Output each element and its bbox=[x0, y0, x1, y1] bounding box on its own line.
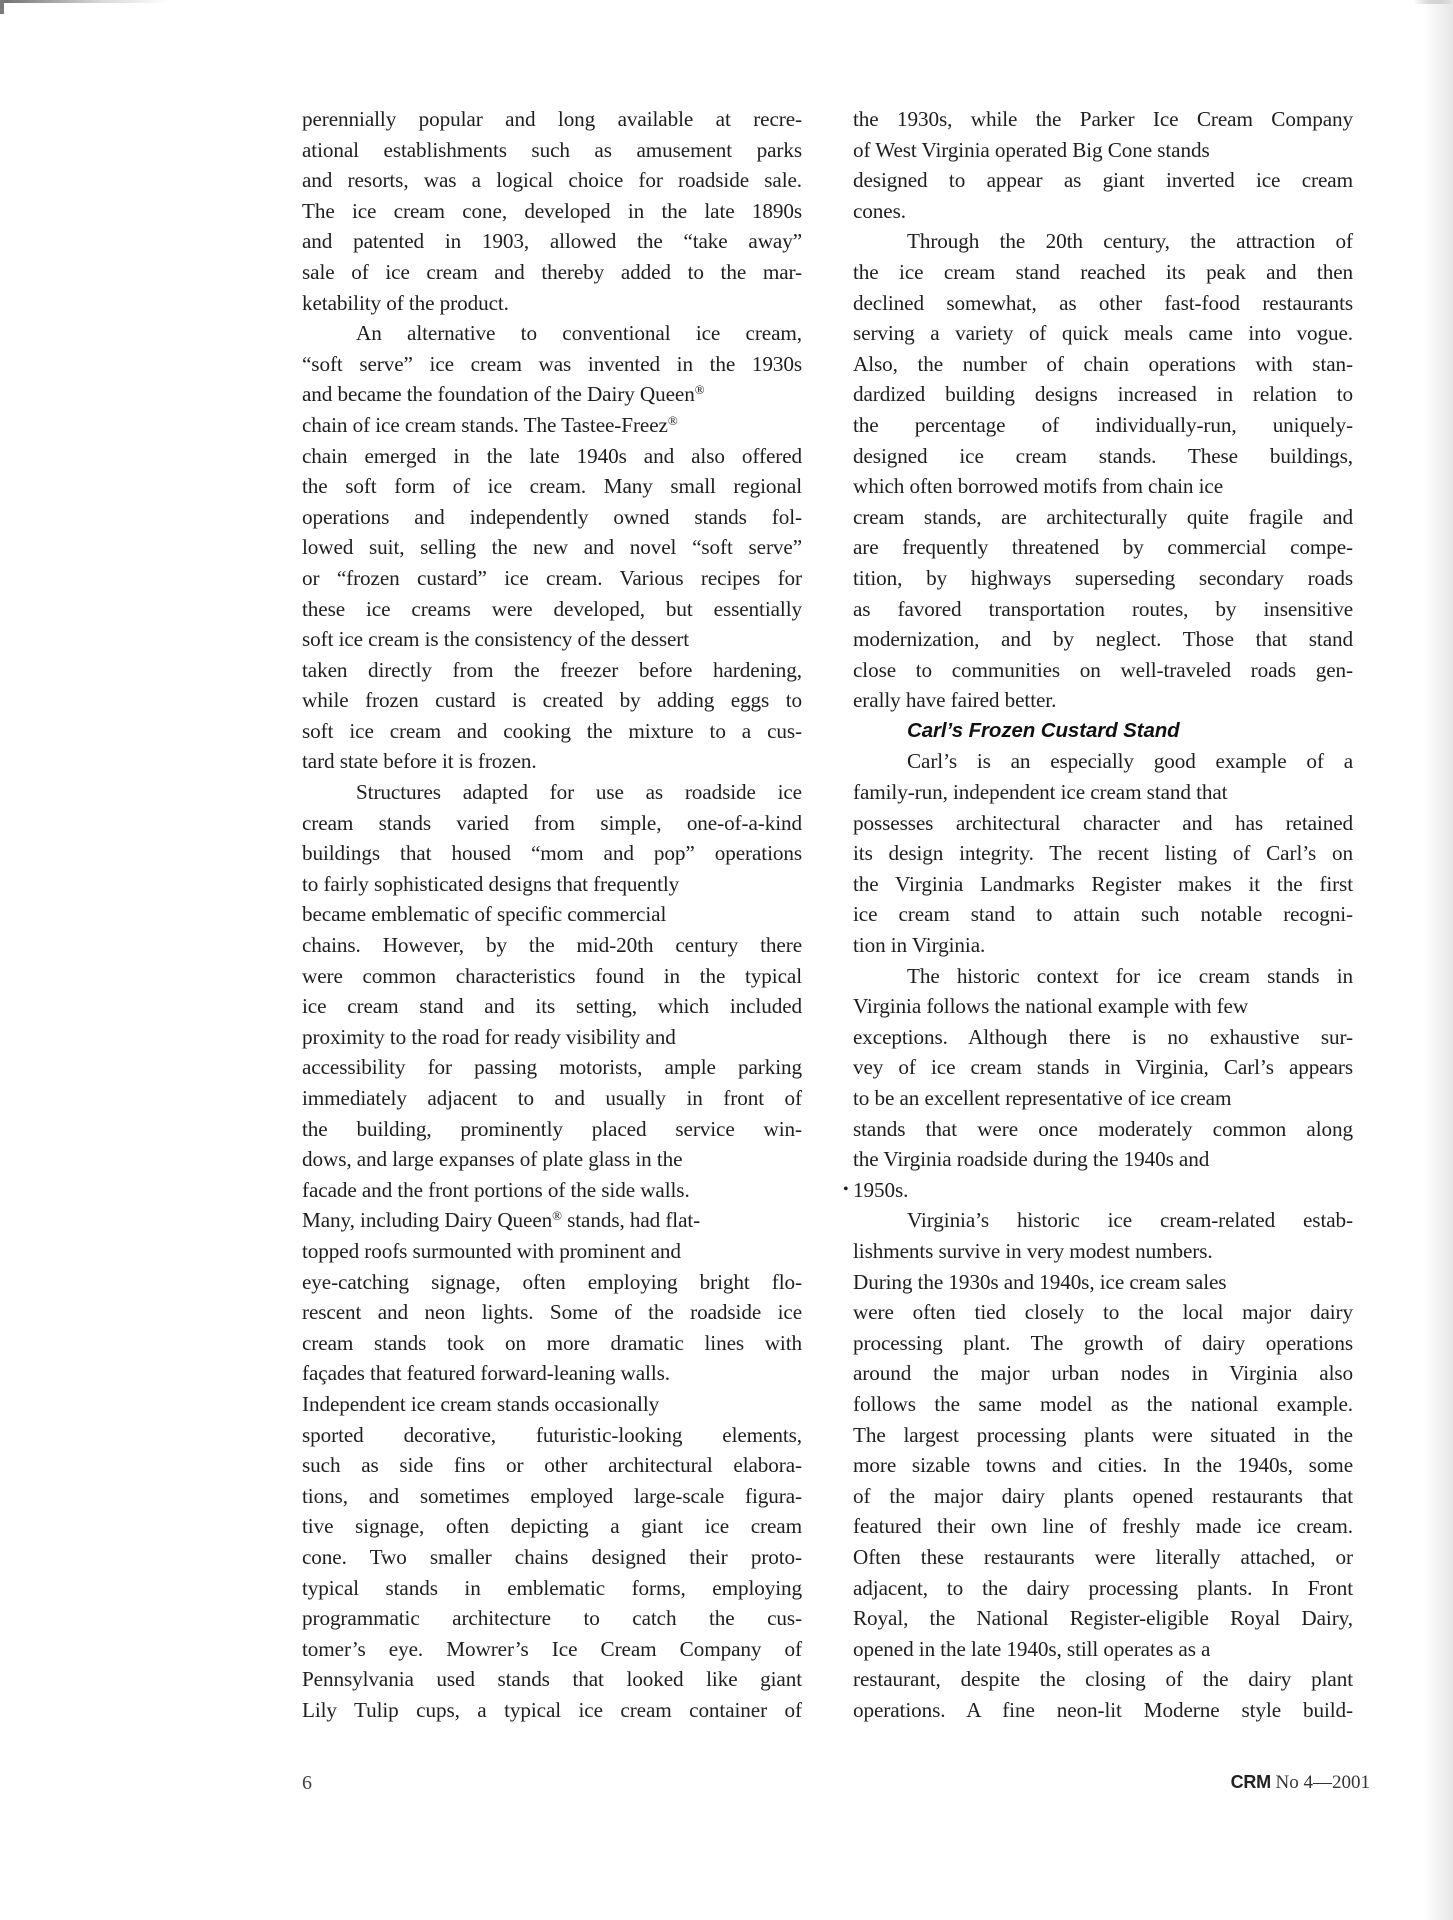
text-line: to be an excellent representative of ice… bbox=[853, 1083, 1393, 1114]
line-text: which often borrowed motifs from chain i… bbox=[853, 474, 1223, 498]
text-line: while frozen custard is created by addin… bbox=[302, 685, 802, 716]
line-text: opened in the late 1940s, still operates… bbox=[853, 1637, 1210, 1661]
text-line: topped roofs surmounted with prominent a… bbox=[302, 1236, 842, 1267]
line-text: possesses architectural character and ha… bbox=[853, 811, 1353, 835]
text-line: processing plant. The growth of dairy op… bbox=[853, 1328, 1353, 1359]
text-line: are frequently threatened by commercial … bbox=[853, 532, 1353, 563]
text-line: cream stands took on more dramatic lines… bbox=[302, 1328, 802, 1359]
text-line: buildings that housed “mom and pop” oper… bbox=[302, 838, 802, 869]
line-text: ketability of the product. bbox=[302, 291, 509, 315]
document-page: perennially popular and long available a… bbox=[0, 0, 1453, 1920]
line-text: proximity to the road for ready visibili… bbox=[302, 1025, 676, 1049]
scan-edge-right-shadow bbox=[1423, 0, 1453, 1920]
line-text: An alternative to conventional ice cream… bbox=[356, 321, 802, 345]
text-line: family-run, independent ice cream stand … bbox=[853, 777, 1393, 808]
text-line: became emblematic of specific commercial bbox=[302, 899, 842, 930]
line-text: Virginia follows the national example wi… bbox=[853, 994, 1248, 1018]
text-line: operations. A fine neon-lit Moderne styl… bbox=[853, 1695, 1353, 1726]
line-text: its design integrity. The recent listing… bbox=[853, 841, 1353, 865]
text-line: follows the same model as the national e… bbox=[853, 1389, 1353, 1420]
registered-trademark-mark: ® bbox=[668, 413, 678, 428]
text-line: soft ice cream and cooking the mixture t… bbox=[302, 716, 802, 747]
text-line: designed ice cream stands. These buildin… bbox=[853, 441, 1353, 472]
line-text: “soft serve” ice cream was invented in t… bbox=[302, 352, 802, 376]
text-line: tomer’s eye. Mowrer’s Ice Cream Company … bbox=[302, 1634, 802, 1665]
line-text: typical stands in emblematic forms, empl… bbox=[302, 1576, 802, 1600]
line-text: operations. A fine neon-lit Moderne styl… bbox=[853, 1698, 1353, 1722]
text-line: Carl’s is an especially good example of … bbox=[853, 746, 1353, 777]
text-line: accessibility for passing motorists, amp… bbox=[302, 1052, 802, 1083]
text-line: During the 1930s and 1940s, ice cream sa… bbox=[853, 1267, 1393, 1298]
line-text: were common characteristics found in the… bbox=[302, 964, 802, 988]
line-text: close to communities on well-traveled ro… bbox=[853, 658, 1353, 682]
text-line: •1950s. bbox=[853, 1175, 1393, 1206]
text-line: the Virginia roadside during the 1940s a… bbox=[853, 1144, 1393, 1175]
line-text: restaurant, despite the closing of the d… bbox=[853, 1667, 1353, 1691]
line-text: programmatic architecture to catch the c… bbox=[302, 1606, 802, 1630]
line-text: the Virginia roadside during the 1940s a… bbox=[853, 1147, 1209, 1171]
line-text: perennially popular and long available a… bbox=[302, 107, 802, 131]
line-text: Structures adapted for use as roadside i… bbox=[356, 780, 802, 804]
line-text: such as side fins or other architectural… bbox=[302, 1453, 802, 1477]
line-text: stands that were once moderately common … bbox=[853, 1117, 1353, 1141]
line-text: cones. bbox=[853, 199, 906, 223]
text-line: Virginia follows the national example wi… bbox=[853, 991, 1393, 1022]
line-text: The historic context for ice cream stand… bbox=[907, 964, 1353, 988]
line-text: more sizable towns and cities. In the 19… bbox=[853, 1453, 1353, 1477]
line-text: chain emerged in the late 1940s and also… bbox=[302, 444, 802, 468]
line-text: these ice creams were developed, but ess… bbox=[302, 597, 802, 621]
text-line: dows, and large expanses of plate glass … bbox=[302, 1144, 842, 1175]
line-text: the ice cream stand reached its peak and… bbox=[853, 260, 1353, 284]
text-line: sale of ice cream and thereby added to t… bbox=[302, 257, 802, 288]
text-line: serving a variety of quick meals came in… bbox=[853, 318, 1353, 349]
text-line: sported decorative, futuristic-looking e… bbox=[302, 1420, 802, 1451]
line-text: eye-catching signage, often employing br… bbox=[302, 1270, 802, 1294]
line-text: tomer’s eye. Mowrer’s Ice Cream Company … bbox=[302, 1637, 802, 1661]
line-text: topped roofs surmounted with prominent a… bbox=[302, 1239, 681, 1263]
line-text: processing plant. The growth of dairy op… bbox=[853, 1331, 1353, 1355]
text-line: restaurant, despite the closing of the d… bbox=[853, 1664, 1353, 1695]
registered-trademark-mark: ® bbox=[695, 382, 705, 397]
text-line: typical stands in emblematic forms, empl… bbox=[302, 1573, 802, 1604]
line-text: The ice cream cone, developed in the lat… bbox=[302, 199, 802, 223]
line-text: and became the foundation of the Dairy Q… bbox=[302, 382, 695, 406]
text-line: eye-catching signage, often employing br… bbox=[302, 1267, 802, 1298]
publication-footer: CRM No 4—2001 bbox=[1231, 1772, 1370, 1794]
line-text: Independent ice cream stands occasionall… bbox=[302, 1392, 659, 1416]
right-text-column: the 1930s, while the Parker Ice Cream Co… bbox=[853, 104, 1393, 1725]
line-text: declined somewhat, as other fast-food re… bbox=[853, 291, 1353, 315]
line-text: lowed suit, selling the new and novel “s… bbox=[302, 535, 802, 559]
line-text: rescent and neon lights. Some of the roa… bbox=[302, 1300, 802, 1324]
registered-trademark-mark: ® bbox=[552, 1208, 562, 1223]
line-text: vey of ice cream stands in Virginia, Car… bbox=[853, 1055, 1353, 1079]
text-line: ice cream stand to attain such notable r… bbox=[853, 899, 1353, 930]
text-line: programmatic architecture to catch the c… bbox=[302, 1603, 802, 1634]
line-text: the soft form of ice cream. Many small r… bbox=[302, 474, 802, 498]
text-line: adjacent, to the dairy processing plants… bbox=[853, 1573, 1353, 1604]
text-line: The largest processing plants were situa… bbox=[853, 1420, 1353, 1451]
line-text: became emblematic of specific commercial bbox=[302, 902, 666, 926]
text-line: modernization, and by neglect. Those tha… bbox=[853, 624, 1353, 655]
line-text: exceptions. Although there is no exhaust… bbox=[853, 1025, 1353, 1049]
line-text: cone. Two smaller chains designed their … bbox=[302, 1545, 802, 1569]
text-line: tions, and sometimes employed large-scal… bbox=[302, 1481, 802, 1512]
line-text: soft ice cream and cooking the mixture t… bbox=[302, 719, 802, 743]
text-line: Also, the number of chain operations wit… bbox=[853, 349, 1353, 380]
line-text: accessibility for passing motorists, amp… bbox=[302, 1055, 802, 1079]
text-line: and patented in 1903, allowed the “take … bbox=[302, 226, 802, 257]
text-line: vey of ice cream stands in Virginia, Car… bbox=[853, 1052, 1353, 1083]
scan-edge-left bbox=[0, 0, 4, 14]
line-text: cream stands took on more dramatic lines… bbox=[302, 1331, 802, 1355]
text-line: stands that were once moderately common … bbox=[853, 1114, 1353, 1145]
line-text: sported decorative, futuristic-looking e… bbox=[302, 1423, 802, 1447]
line-text: to be an excellent representative of ice… bbox=[853, 1086, 1231, 1110]
line-text: as favored transportation routes, by ins… bbox=[853, 597, 1353, 621]
line-text: the Virginia Landmarks Register makes it… bbox=[853, 872, 1353, 896]
line-text: featured their own line of freshly made … bbox=[853, 1514, 1353, 1538]
text-line: or “frozen custard” ice cream. Various r… bbox=[302, 563, 802, 594]
line-text: chains. However, by the mid-20th century… bbox=[302, 933, 802, 957]
line-text: or “frozen custard” ice cream. Various r… bbox=[302, 566, 802, 590]
issue-label: No 4—2001 bbox=[1276, 1772, 1370, 1793]
line-text: lishments survive in very modest numbers… bbox=[853, 1239, 1213, 1263]
text-line: Lily Tulip cups, a typical ice cream con… bbox=[302, 1695, 802, 1726]
text-line: ational establishments such as amusement… bbox=[302, 135, 802, 166]
line-text: were often tied closely to the local maj… bbox=[853, 1300, 1353, 1324]
text-line: Structures adapted for use as roadside i… bbox=[302, 777, 802, 808]
line-text: and resorts, was a logical choice for ro… bbox=[302, 168, 802, 192]
text-line: tive signage, often depicting a giant ic… bbox=[302, 1511, 802, 1542]
text-line: chain of ice cream stands. The Tastee-Fr… bbox=[302, 410, 842, 441]
line-text: Royal, the National Register-eligible Ro… bbox=[853, 1606, 1353, 1630]
text-line: An alternative to conventional ice cream… bbox=[302, 318, 802, 349]
text-line: as favored transportation routes, by ins… bbox=[853, 594, 1353, 625]
scan-edge-top bbox=[0, 0, 170, 3]
line-text: During the 1930s and 1940s, ice cream sa… bbox=[853, 1270, 1226, 1294]
text-line: cone. Two smaller chains designed their … bbox=[302, 1542, 802, 1573]
text-line: the building, prominently placed service… bbox=[302, 1114, 802, 1145]
line-text: Virginia’s historic ice cream-related es… bbox=[907, 1208, 1353, 1232]
text-line: featured their own line of freshly made … bbox=[853, 1511, 1353, 1542]
text-line: proximity to the road for ready visibili… bbox=[302, 1022, 842, 1053]
text-line: these ice creams were developed, but ess… bbox=[302, 594, 802, 625]
line-text: the percentage of individually-run, uniq… bbox=[853, 413, 1353, 437]
line-text: soft ice cream is the consistency of the… bbox=[302, 627, 689, 651]
line-text: Often these restaurants were literally a… bbox=[853, 1545, 1353, 1569]
text-line: soft ice cream is the consistency of the… bbox=[302, 624, 842, 655]
text-line: dardized building designs increased in r… bbox=[853, 379, 1353, 410]
text-line: ice cream stand and its setting, which i… bbox=[302, 991, 802, 1022]
line-text: designed ice cream stands. These buildin… bbox=[853, 444, 1353, 468]
line-text: serving a variety of quick meals came in… bbox=[853, 321, 1353, 345]
line-text: operations and independently owned stand… bbox=[302, 505, 802, 529]
publication-name: CRM bbox=[1231, 1772, 1271, 1792]
text-line: taken directly from the freezer before h… bbox=[302, 655, 802, 686]
text-line: and resorts, was a logical choice for ro… bbox=[302, 165, 802, 196]
line-text: facade and the front portions of the sid… bbox=[302, 1178, 690, 1202]
line-text: Lily Tulip cups, a typical ice cream con… bbox=[302, 1698, 802, 1722]
line-text: immediately adjacent to and usually in f… bbox=[302, 1086, 802, 1110]
line-text: buildings that housed “mom and pop” oper… bbox=[302, 841, 802, 865]
text-line: the soft form of ice cream. Many small r… bbox=[302, 471, 802, 502]
section-subheading: Carl’s Frozen Custard Stand bbox=[853, 716, 1393, 747]
text-line: opened in the late 1940s, still operates… bbox=[853, 1634, 1393, 1665]
text-line: declined somewhat, as other fast-food re… bbox=[853, 288, 1353, 319]
text-line: chain emerged in the late 1940s and also… bbox=[302, 441, 802, 472]
line-text: tive signage, often depicting a giant ic… bbox=[302, 1514, 802, 1538]
line-text: ice cream stand and its setting, which i… bbox=[302, 994, 802, 1018]
line-text: the building, prominently placed service… bbox=[302, 1117, 802, 1141]
text-line: immediately adjacent to and usually in f… bbox=[302, 1083, 802, 1114]
line-text: adjacent, to the dairy processing plants… bbox=[853, 1576, 1353, 1600]
text-line: Pennsylvania used stands that looked lik… bbox=[302, 1664, 802, 1695]
text-line: more sizable towns and cities. In the 19… bbox=[853, 1450, 1353, 1481]
text-line: the ice cream stand reached its peak and… bbox=[853, 257, 1353, 288]
line-text: designed to appear as giant inverted ice… bbox=[853, 168, 1353, 192]
left-text-column: perennially popular and long available a… bbox=[302, 104, 842, 1725]
text-line: facade and the front portions of the sid… bbox=[302, 1175, 842, 1206]
line-text: cream stands, are architecturally quite … bbox=[853, 505, 1353, 529]
text-line: Royal, the National Register-eligible Ro… bbox=[853, 1603, 1353, 1634]
text-line: cones. bbox=[853, 196, 1393, 227]
line-text: while frozen custard is created by addin… bbox=[302, 688, 802, 712]
line-text: Many, including Dairy Queen bbox=[302, 1208, 552, 1232]
line-text: ice cream stand to attain such notable r… bbox=[853, 902, 1353, 926]
line-text: around the major urban nodes in Virginia… bbox=[853, 1361, 1353, 1385]
text-line: rescent and neon lights. Some of the roa… bbox=[302, 1297, 802, 1328]
text-line: were common characteristics found in the… bbox=[302, 961, 802, 992]
text-line: the 1930s, while the Parker Ice Cream Co… bbox=[853, 104, 1353, 135]
text-line: Through the 20th century, the attraction… bbox=[853, 226, 1353, 257]
line-text: and patented in 1903, allowed the “take … bbox=[302, 229, 802, 253]
text-line: the Virginia Landmarks Register makes it… bbox=[853, 869, 1353, 900]
line-text: the 1930s, while the Parker Ice Cream Co… bbox=[853, 107, 1353, 131]
line-text: ational establishments such as amusement… bbox=[302, 138, 802, 162]
line-text: of West Virginia operated Big Cone stand… bbox=[853, 138, 1210, 162]
text-line: Independent ice cream stands occasionall… bbox=[302, 1389, 842, 1420]
line-text: modernization, and by neglect. Those tha… bbox=[853, 627, 1353, 651]
line-text: façades that featured forward-leaning wa… bbox=[302, 1361, 670, 1385]
text-line: close to communities on well-traveled ro… bbox=[853, 655, 1353, 686]
text-line: its design integrity. The recent listing… bbox=[853, 838, 1353, 869]
text-line: chains. However, by the mid-20th century… bbox=[302, 930, 802, 961]
text-line: the percentage of individually-run, uniq… bbox=[853, 410, 1353, 441]
text-line: lishments survive in very modest numbers… bbox=[853, 1236, 1393, 1267]
line-text: chain of ice cream stands. The Tastee-Fr… bbox=[302, 413, 668, 437]
text-line: ketability of the product. bbox=[302, 288, 842, 319]
text-line: of West Virginia operated Big Cone stand… bbox=[853, 135, 1393, 166]
text-line: Often these restaurants were literally a… bbox=[853, 1542, 1353, 1573]
text-line: tition, by highways superseding secondar… bbox=[853, 563, 1353, 594]
line-text: taken directly from the freezer before h… bbox=[302, 658, 802, 682]
line-text: to fairly sophisticated designs that fre… bbox=[302, 872, 679, 896]
text-line: of the major dairy plants opened restaur… bbox=[853, 1481, 1353, 1512]
stray-bullet-mark: • bbox=[843, 1175, 849, 1206]
text-line: possesses architectural character and ha… bbox=[853, 808, 1353, 839]
text-line: and became the foundation of the Dairy Q… bbox=[302, 379, 842, 410]
line-text: of the major dairy plants opened restaur… bbox=[853, 1484, 1353, 1508]
line-text: Also, the number of chain operations wit… bbox=[853, 352, 1353, 376]
text-line: operations and independently owned stand… bbox=[302, 502, 802, 533]
line-text: family-run, independent ice cream stand … bbox=[853, 780, 1227, 804]
text-line: around the major urban nodes in Virginia… bbox=[853, 1358, 1353, 1389]
text-line: to fairly sophisticated designs that fre… bbox=[302, 869, 842, 900]
text-line: tion in Virginia. bbox=[853, 930, 1393, 961]
line-text: tion in Virginia. bbox=[853, 933, 985, 957]
text-line: which often borrowed motifs from chain i… bbox=[853, 471, 1393, 502]
text-line: cream stands, are architecturally quite … bbox=[853, 502, 1353, 533]
line-text: tition, by highways superseding secondar… bbox=[853, 566, 1353, 590]
text-line: lowed suit, selling the new and novel “s… bbox=[302, 532, 802, 563]
text-line: exceptions. Although there is no exhaust… bbox=[853, 1022, 1353, 1053]
text-line: such as side fins or other architectural… bbox=[302, 1450, 802, 1481]
line-text: tions, and sometimes employed large-scal… bbox=[302, 1484, 802, 1508]
text-line: Many, including Dairy Queen® stands, had… bbox=[302, 1205, 842, 1236]
line-text: erally have faired better. bbox=[853, 688, 1056, 712]
line-text: dardized building designs increased in r… bbox=[853, 382, 1353, 406]
line-text: dows, and large expanses of plate glass … bbox=[302, 1147, 682, 1171]
text-line: “soft serve” ice cream was invented in t… bbox=[302, 349, 802, 380]
text-line: designed to appear as giant inverted ice… bbox=[853, 165, 1353, 196]
text-line: erally have faired better. bbox=[853, 685, 1393, 716]
line-text: The largest processing plants were situa… bbox=[853, 1423, 1353, 1447]
line-text: are frequently threatened by commercial … bbox=[853, 535, 1353, 559]
text-line: The ice cream cone, developed in the lat… bbox=[302, 196, 802, 227]
line-text: cream stands varied from simple, one-of-… bbox=[302, 811, 802, 835]
line-text-continued: stands, had flat- bbox=[562, 1208, 700, 1232]
text-line: were often tied closely to the local maj… bbox=[853, 1297, 1353, 1328]
line-text: Pennsylvania used stands that looked lik… bbox=[302, 1667, 802, 1691]
line-text: tard state before it is frozen. bbox=[302, 749, 537, 773]
text-line: façades that featured forward-leaning wa… bbox=[302, 1358, 842, 1389]
text-line: tard state before it is frozen. bbox=[302, 746, 842, 777]
line-text: follows the same model as the national e… bbox=[853, 1392, 1353, 1416]
text-line: The historic context for ice cream stand… bbox=[853, 961, 1353, 992]
text-line: Virginia’s historic ice cream-related es… bbox=[853, 1205, 1353, 1236]
line-text: sale of ice cream and thereby added to t… bbox=[302, 260, 802, 284]
text-line: perennially popular and long available a… bbox=[302, 104, 802, 135]
line-text: Through the 20th century, the attraction… bbox=[907, 229, 1353, 253]
text-line: cream stands varied from simple, one-of-… bbox=[302, 808, 802, 839]
line-text: Carl’s is an especially good example of … bbox=[907, 749, 1353, 773]
line-text: 1950s. bbox=[853, 1178, 908, 1202]
page-number: 6 bbox=[302, 1772, 312, 1795]
